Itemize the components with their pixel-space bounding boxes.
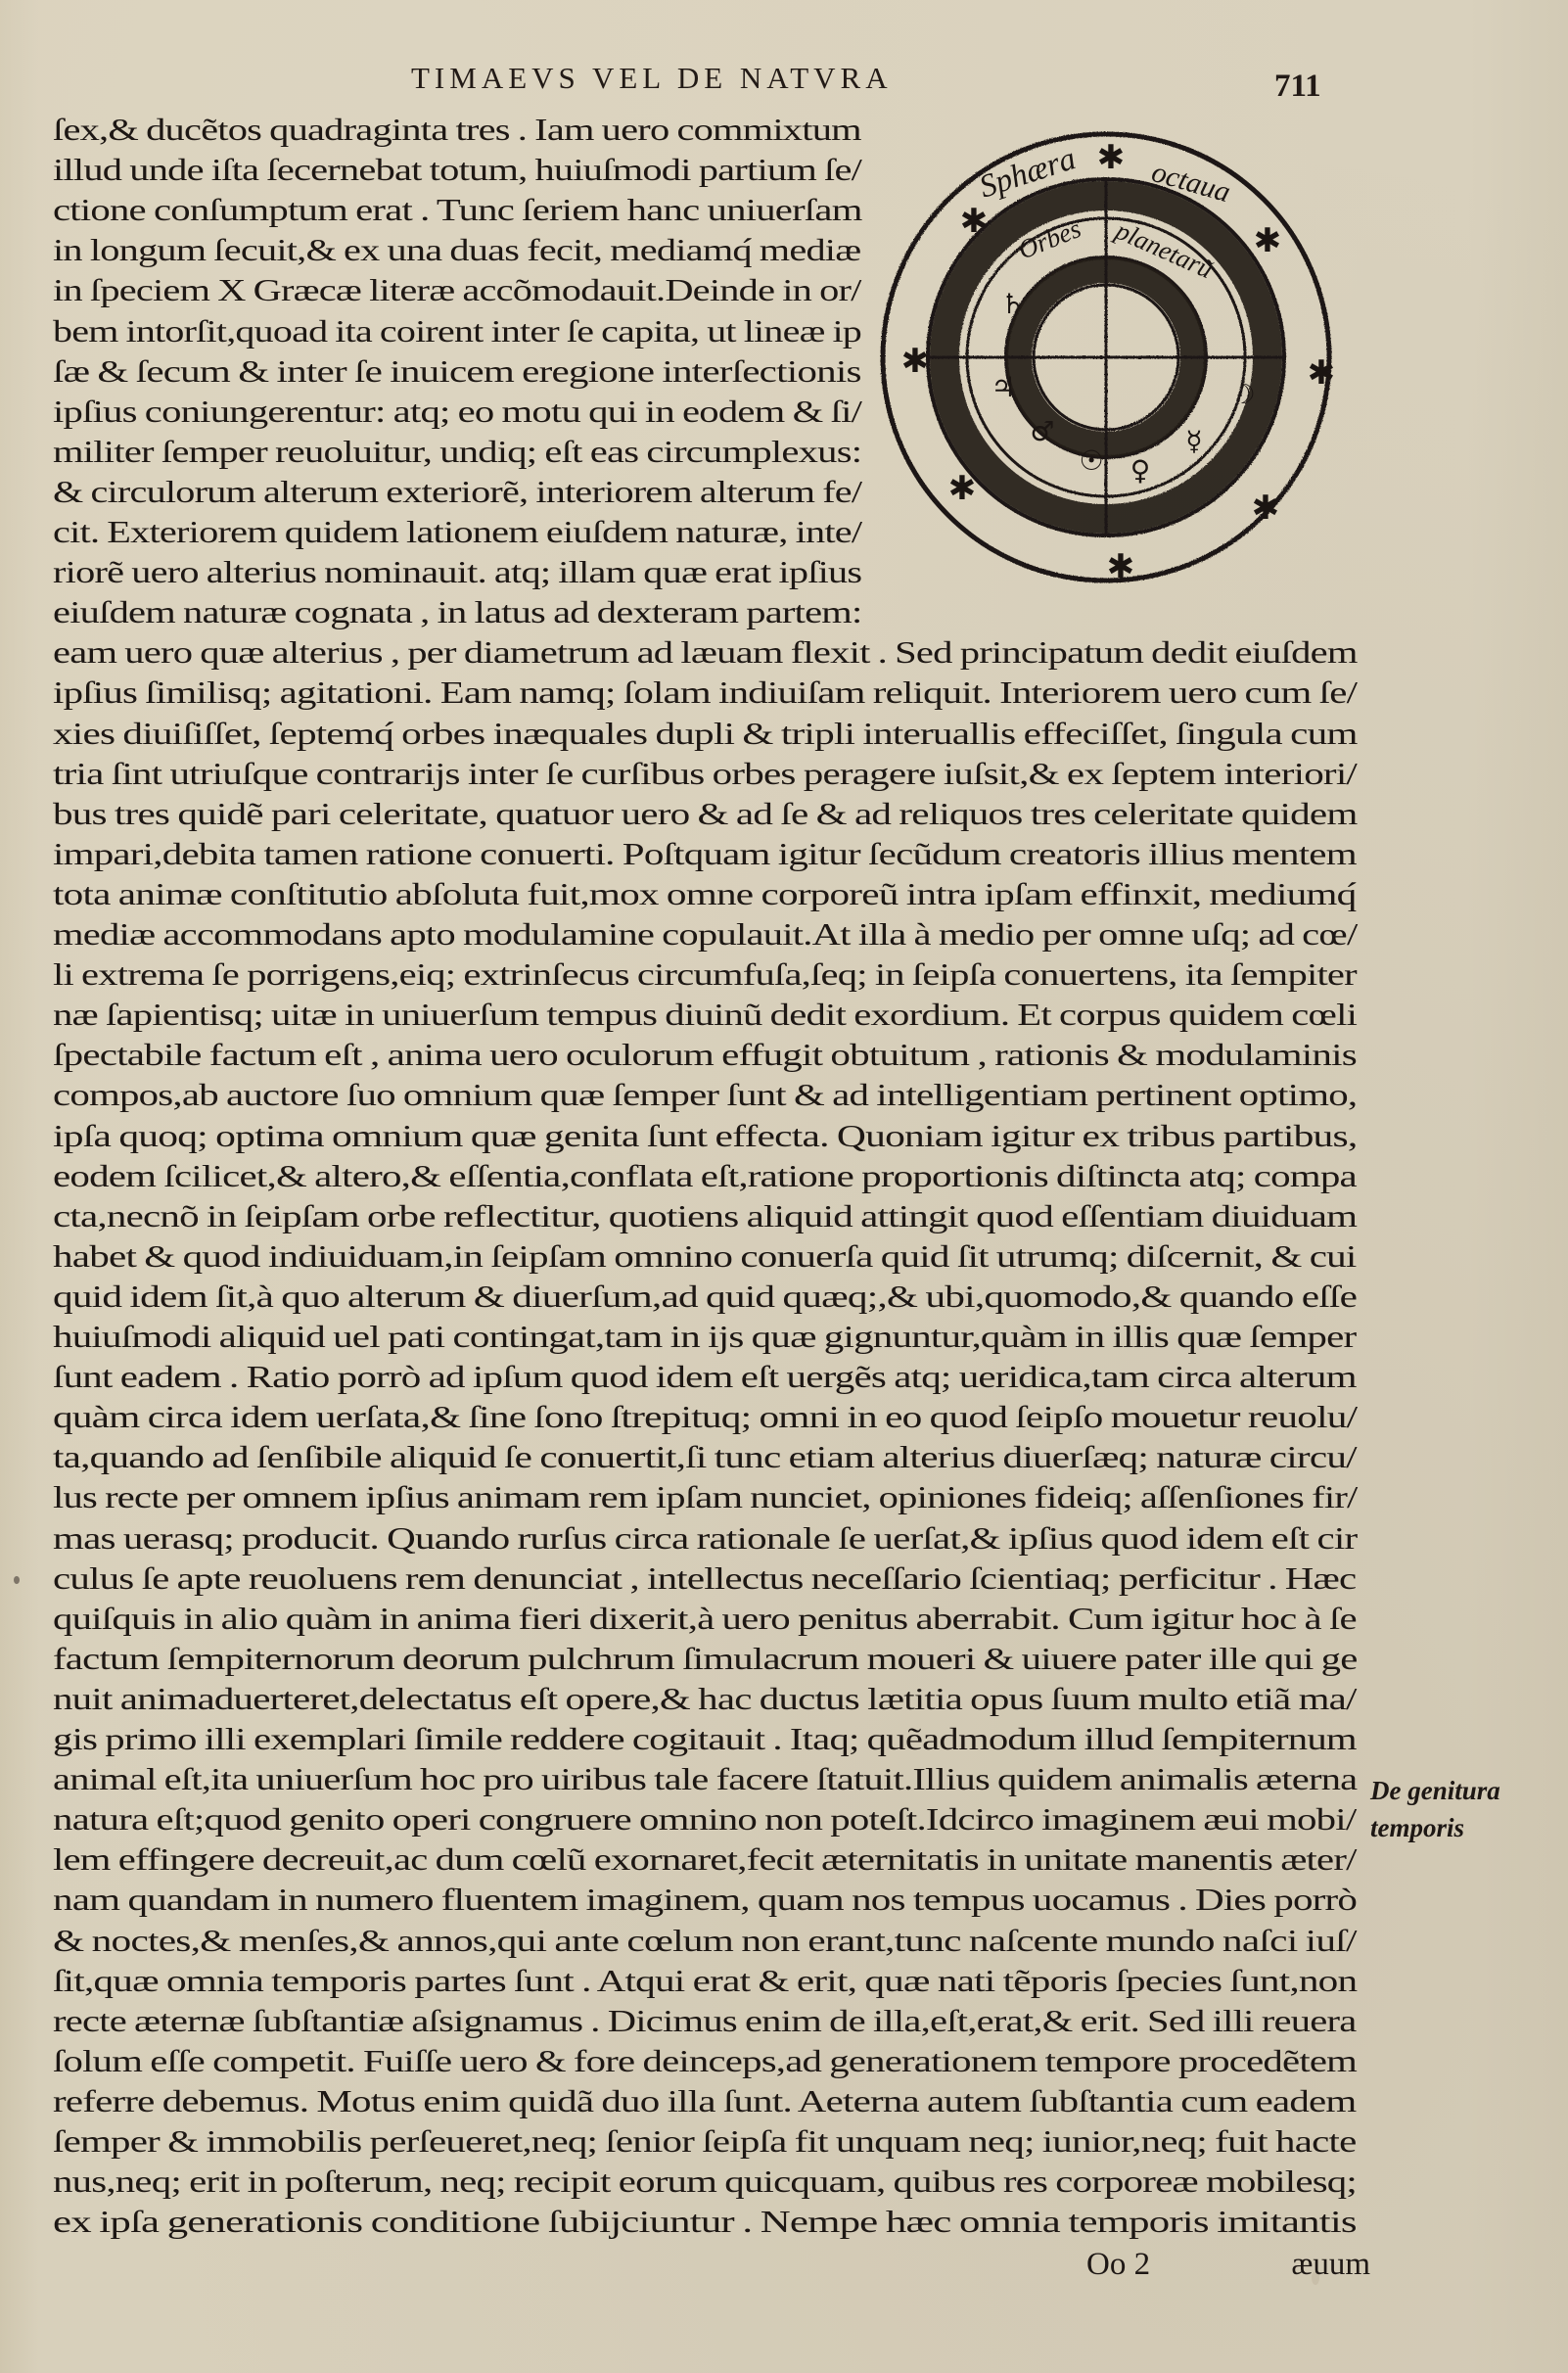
text-line: eam uero quæ alterius , per diametrum ad…	[53, 632, 1358, 673]
text-line: lem effingere decreuit,ac dum cœlũ exorn…	[53, 1839, 1357, 1880]
text-line: xies diuiſiſſet, ſeptemq́ orbes inæquale…	[53, 714, 1358, 754]
star-icon: ✱	[1308, 353, 1336, 393]
text-line: quid idem ſit,à quo alterum & diuerſum,a…	[53, 1277, 1357, 1317]
catchword: æuum	[1291, 2247, 1370, 2283]
saturn-icon: ♄	[1000, 288, 1025, 320]
text-line: quàm circa idem uerſata,& ſine ſono ſtre…	[53, 1397, 1357, 1437]
star-icon: ✱	[1254, 221, 1282, 260]
text-line: animal eſt,ita uniuerſum hoc pro uiribus…	[53, 1759, 1357, 1799]
text-line: ſex,& ducẽtos quadraginta tres . Iam uer…	[53, 110, 861, 150]
text-line: ta,quando ad ſenſibile aliquid ſe conuer…	[53, 1437, 1357, 1477]
marginal-note-line: temporis	[1370, 1809, 1500, 1846]
folio-number: 711	[1274, 69, 1321, 105]
text-line: eiuſdem naturæ cognata , in latus ad dex…	[53, 592, 861, 632]
text-line: li extrema ſe porrigens,eiq; extrinſecus…	[53, 954, 1357, 995]
text-line: nam quandam in numero fluentem imaginem,…	[53, 1880, 1357, 1920]
text-line: bus tres quidẽ pari celeritate, quatuor …	[53, 794, 1358, 834]
text-line: nus,neq; erit in poſterum, neq; recipit …	[53, 2162, 1357, 2202]
text-line: recte æternæ ſubſtantiæ aſsignamus . Dic…	[53, 2001, 1356, 2041]
star-icon: ✱	[901, 342, 930, 381]
text-line: eodem ſcilicet,& altero,& eſſentia,confl…	[53, 1156, 1357, 1196]
star-icon: ✱	[1097, 138, 1126, 177]
text-line: mas uerasq; producit. Quando rurſus circ…	[53, 1518, 1357, 1559]
text-line: ctione conſumptum erat . Tunc ſeriem han…	[53, 190, 862, 230]
star-icon: ✱	[948, 469, 977, 508]
jupiter-icon: ♃	[991, 371, 1015, 403]
marginal-note-line: De genitura	[1370, 1772, 1500, 1809]
text-line: natura eſt;quod genito operi congruere o…	[53, 1799, 1356, 1839]
text-line: militer ſemper reuoluitur, undiq; eſt ea…	[53, 432, 861, 472]
text-line: tota animæ conſtitutio abſoluta fuit,mox…	[53, 874, 1356, 914]
text-line: gis primo illi exemplari ſimile reddere …	[53, 1719, 1357, 1759]
text-line: ipſius ſimilisq; agitationi. Eam namq; ſ…	[53, 673, 1357, 713]
text-line: ipſius coniungerentur: atq; eo motu qui …	[53, 392, 861, 432]
text-line: in ſpeciem X Græcæ literæ accõmodauit.De…	[53, 270, 861, 310]
text-line: cit. Exteriorem quidem lationem eiuſdem …	[53, 512, 861, 552]
text-line: lus recte per omnem ipſius animam rem ip…	[53, 1477, 1358, 1517]
star-icon: ✱	[1107, 547, 1135, 586]
mercury-icon: ☿	[1185, 425, 1202, 457]
mars-icon: ♂	[1030, 415, 1054, 447]
text-line: ſpectabile factum eſt , anima uero oculo…	[53, 1035, 1357, 1075]
text-line: quiſquis in alio quàm in anima fieri dix…	[53, 1599, 1357, 1639]
text-line: ſæ & ſecum & inter ſe inuicem eregione i…	[53, 351, 861, 392]
text-line: huiuſmodi aliquid uel pati contingat,tam…	[53, 1317, 1356, 1357]
text-line: habet & quod indiuiduam,in ſeipſam omnin…	[53, 1236, 1357, 1277]
text-line: ſemper & immobilis perſeueret,neq; ſenio…	[53, 2121, 1356, 2162]
text-line: ſit,quæ omnia temporis partes ſunt . Atq…	[53, 1961, 1357, 2001]
text-line: referre debemus. Motus enim quidã duo il…	[53, 2081, 1357, 2121]
star-icon: ✱	[1252, 489, 1280, 528]
running-head: TIMAEVS VEL DE NATVRA	[411, 61, 893, 96]
text-line: illud unde iſta ſecernebat totum, huiuſm…	[53, 150, 861, 190]
text-line: mediæ accommodans apto modulamine copula…	[53, 914, 1357, 954]
marginal-note: De genitura temporis	[1370, 1772, 1500, 1846]
text-line: ſolum eſſe competit. Fuiſſe uero & fore …	[53, 2041, 1357, 2081]
text-line: ipſa quoq; optima omnium quæ genita ſunt…	[53, 1116, 1357, 1156]
signature-mark: Oo 2	[1086, 2247, 1150, 2283]
venus-icon: ♀	[1130, 454, 1151, 487]
star-icon: ✱	[960, 202, 989, 241]
text-line: nuit animaduerteret,delectatus eſt opere…	[53, 1679, 1357, 1719]
text-line: compos,ab auctore ſuo omnium quæ ſemper …	[53, 1075, 1357, 1115]
text-line: impari,debita tamen ratione conuerti. Po…	[53, 834, 1357, 874]
text-line: tria ſint utriuſque contrarijs inter ſe …	[53, 754, 1357, 794]
text-line: bem intorſit,quoad ita coirent inter ſe …	[53, 311, 861, 351]
text-line: & circulorum alterum exteriorẽ, interior…	[53, 472, 861, 512]
moon-icon: ☽	[1230, 378, 1255, 410]
text-line: ex ipſa generationis conditione ſubijciu…	[53, 2202, 1357, 2242]
ink-speck	[14, 1576, 20, 1584]
text-line: in longum ſecuit,& ex una duas fecit, me…	[53, 230, 860, 270]
text-line: culus ſe apte reuoluens rem denunciat , …	[53, 1559, 1356, 1599]
text-line: & noctes,& menſes,& annos,qui ante cœlum…	[53, 1921, 1357, 1961]
text-line: ſunt eadem . Ratio porrò ad ipſum quod i…	[53, 1357, 1357, 1397]
text-line: cta,necnõ in ſeipſam orbe reflectitur, q…	[53, 1196, 1357, 1236]
planetary-spheres-diagram: Sphæra octaua Orbes planetarũ ✱ ✱ ✱ ✱ ✱ …	[876, 127, 1346, 587]
text-line: næ ſapientisq; uitæ in uniuerſum tempus …	[53, 995, 1357, 1035]
sun-icon: ☉	[1079, 444, 1103, 477]
text-line: riorẽ uero alterius nominauit. atq; illa…	[53, 552, 861, 592]
text-line: factum ſempiternorum deorum pulchrum ſim…	[53, 1639, 1358, 1679]
